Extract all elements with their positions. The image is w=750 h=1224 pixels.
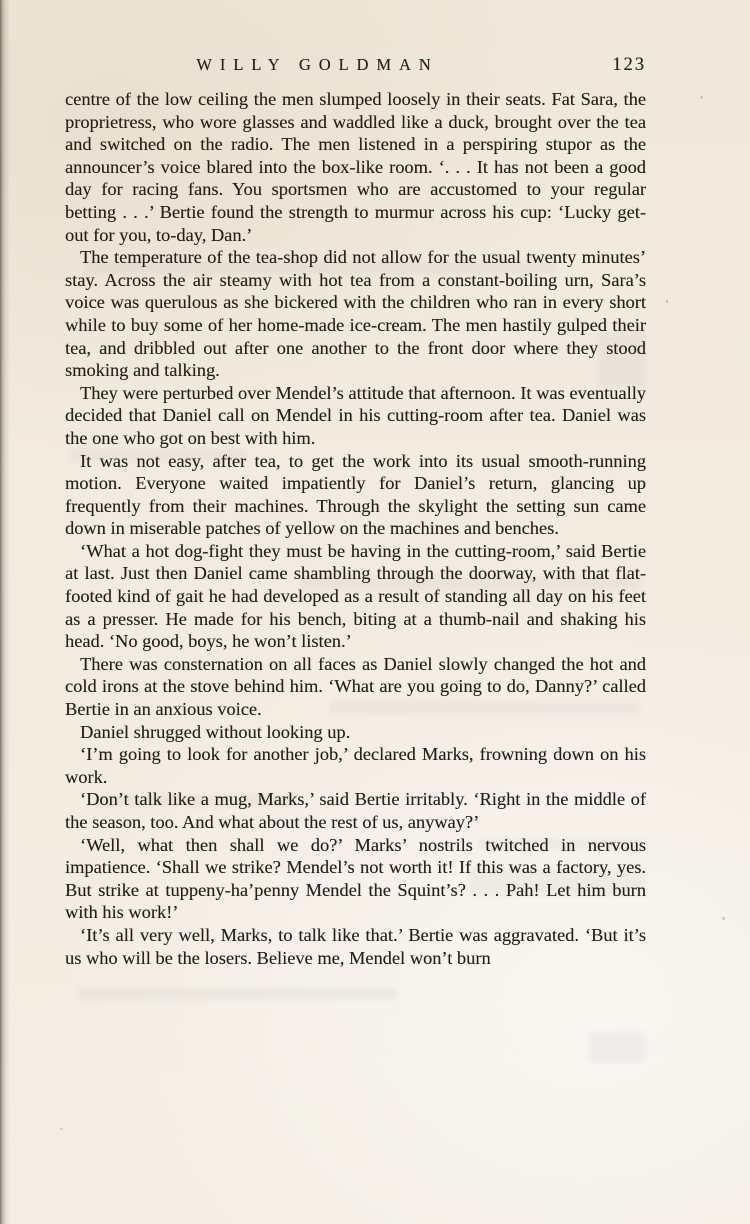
paragraph: centre of the low ceiling the men slumpe… [65, 88, 646, 246]
paragraph: ‘It’s all very well, Marks, to talk like… [65, 924, 646, 969]
paragraph: ‘Don’t talk like a mug, Marks,’ said Ber… [65, 788, 646, 833]
paragraph: ‘Well, what then shall we do?’ Marks’ no… [65, 834, 646, 924]
scanned-book-page: WILLY GOLDMAN 123 centre of the low ceil… [0, 0, 750, 1224]
page-gutter-shadow [0, 0, 10, 1224]
bleedthrough-smudge [78, 988, 398, 1000]
bleedthrough-smudge [588, 1032, 646, 1062]
paragraph: There was consternation on all faces as … [65, 653, 646, 721]
paper-speck [666, 300, 668, 303]
paragraph: They were perturbed over Mendel’s attitu… [65, 382, 646, 450]
paper-speck [722, 917, 725, 920]
paragraph: The temperature of the tea-shop did not … [65, 246, 646, 382]
running-title: WILLY GOLDMAN [196, 55, 438, 75]
paragraph: ‘I’m going to look for another job,’ dec… [65, 743, 646, 788]
page-text: centre of the low ceiling the men slumpe… [65, 88, 646, 969]
paragraph: ‘What a hot dog-fight they must be havin… [65, 540, 646, 653]
page-number: 123 [612, 55, 646, 76]
paragraph: It was not easy, after tea, to get the w… [65, 450, 646, 540]
paper-speck [60, 1128, 63, 1130]
paragraph: Daniel shrugged without looking up. [65, 721, 646, 744]
running-head: WILLY GOLDMAN 123 [65, 55, 646, 79]
paper-speck [700, 96, 703, 99]
